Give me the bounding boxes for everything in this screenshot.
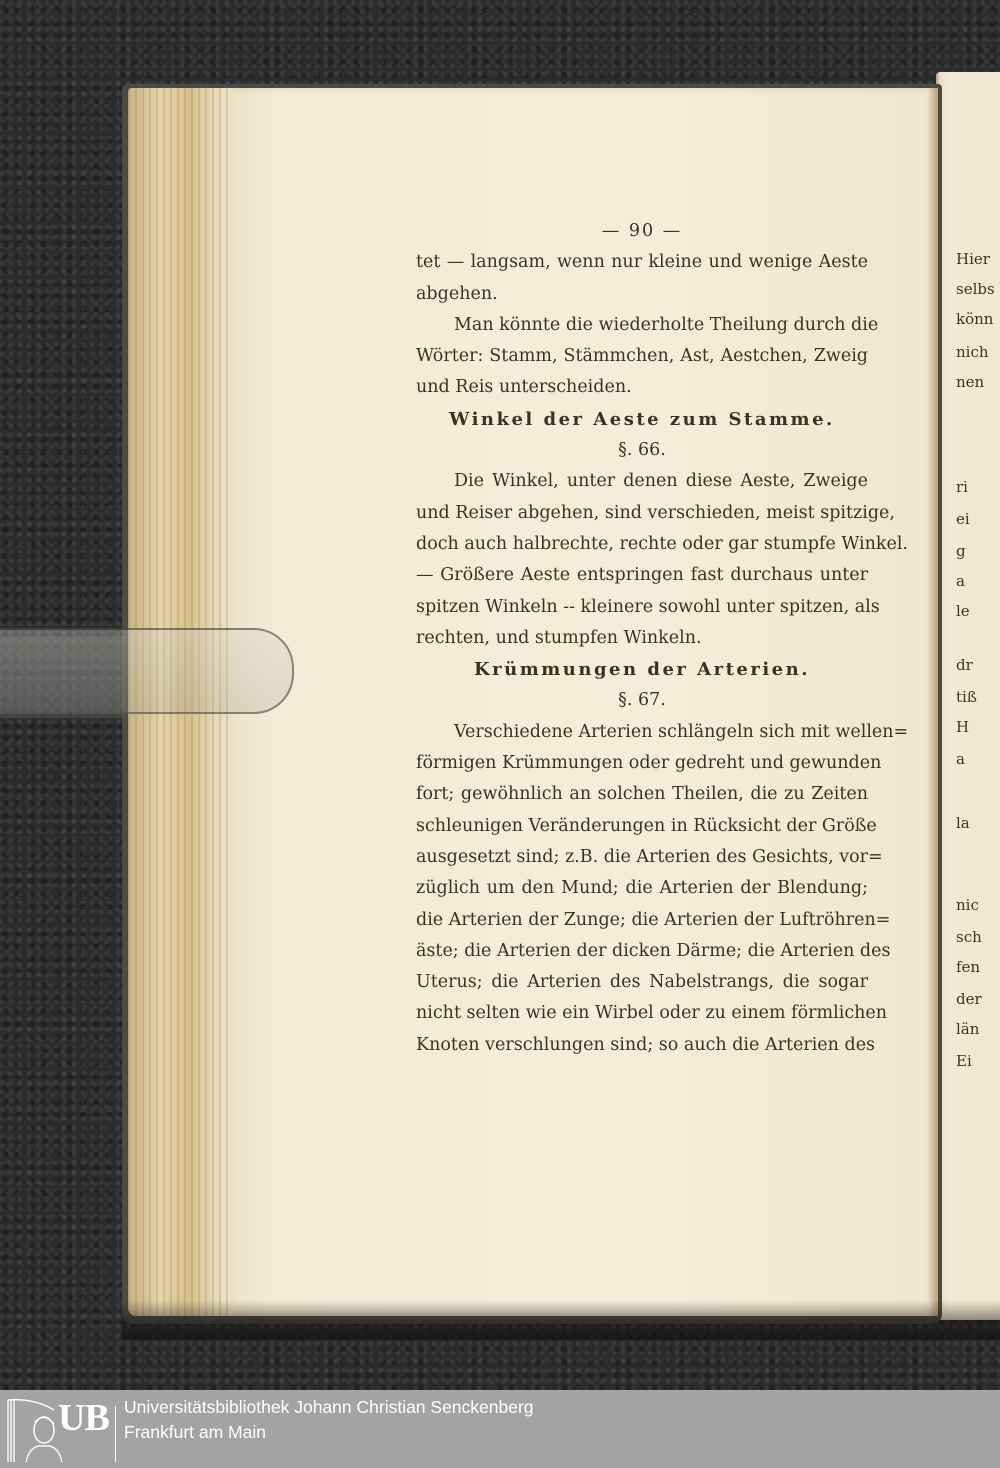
right-page-text-fragment: nen: [956, 373, 984, 391]
text-line: Verschiedene Arterien schlängeln sich mi…: [416, 717, 868, 748]
text-line: die Arterien der Zunge; die Arterien der…: [416, 905, 868, 936]
right-page-text-fragment: der: [956, 990, 982, 1008]
text-line: und Reis unterscheiden.: [416, 372, 868, 403]
text-line: abgehen.: [416, 279, 868, 310]
text-line: ausgesetzt sind; z.B. die Arterien des G…: [416, 842, 868, 873]
right-page-text-fragment: a: [956, 572, 965, 590]
right-page-text-fragment: könn: [956, 310, 993, 328]
right-page-text-fragment: le: [956, 602, 970, 620]
paragraph-number: §. 67.: [416, 685, 868, 716]
right-page-text-fragment: selbs: [956, 280, 995, 298]
right-page-text-fragment: la: [956, 814, 970, 832]
text-line: Die Winkel, unter denen diese Aeste, Zwe…: [416, 466, 868, 497]
footer-bar: UB Universitätsbibliothek Johann Christi…: [0, 1390, 1000, 1468]
right-page-text-fragment: a: [956, 750, 965, 768]
text-line: rechten, und stumpfen Winkeln.: [416, 623, 868, 654]
text-line: Man könnte die wiederholte Theilung durc…: [416, 310, 868, 341]
text-line: Uterus; die Arterien des Nabelstrangs, d…: [416, 967, 868, 998]
section-heading: Winkel der Aeste zum Stamme.: [416, 404, 868, 435]
text-line: doch auch halbrechte, rechte oder gar st…: [416, 529, 868, 560]
institution-name: Universitätsbibliothek Johann Christian …: [124, 1397, 534, 1418]
text-line: züglich um den Mund; die Arterien der Bl…: [416, 873, 868, 904]
right-page-text-fragment: Ei: [956, 1052, 972, 1070]
right-page-text-fragment: dr: [956, 656, 973, 674]
text-line: und Reiser abgehen, sind verschieden, me…: [416, 498, 868, 529]
text-line: spitzen Winkeln -- kleinere sowohl unter…: [416, 592, 868, 623]
paragraph-number: §. 66.: [416, 435, 868, 466]
text-line: Knoten verschlungen sind; so auch die Ar…: [416, 1030, 868, 1061]
right-page-edge: HierselbskönnnichnenrieigaledrtißHalanic…: [936, 72, 1000, 1320]
logo-ub-text: UB: [58, 1396, 109, 1440]
right-page-text-fragment: ei: [956, 510, 970, 528]
right-page-text-fragment: nic: [956, 896, 979, 914]
text-line: nicht selten wie ein Wirbel oder zu eine…: [416, 998, 868, 1029]
bottom-shadow: [122, 1300, 1000, 1340]
text-line: förmigen Krümmungen oder gedreht und gew…: [416, 748, 868, 779]
right-page-text-fragment: g: [956, 542, 966, 560]
right-page-text-fragment: fen: [956, 958, 980, 976]
right-page-text-fragment: län: [956, 1020, 979, 1038]
text-line: fort; gewöhnlich an solchen Theilen, die…: [416, 779, 868, 810]
text-line: Wörter: Stamm, Stämmchen, Ast, Aestchen,…: [416, 341, 868, 372]
footer-divider: [115, 1406, 116, 1462]
text-line: schleunigen Veränderungen in Rücksicht d…: [416, 811, 868, 842]
section-heading: Krümmungen der Arterien.: [416, 654, 868, 685]
institution-city: Frankfurt am Main: [124, 1422, 266, 1443]
text-line: tet — langsam, wenn nur kleine und wenig…: [416, 247, 868, 278]
right-page-text-fragment: tiß: [956, 688, 977, 706]
right-page-text-fragment: H: [956, 718, 969, 736]
text-line: äste; die Arterien der dicken Därme; die…: [416, 936, 868, 967]
acrylic-page-clip: [0, 628, 294, 714]
right-page-text-fragment: nich: [956, 343, 989, 361]
right-page-text-fragment: Hier: [956, 250, 990, 268]
page-number: — 90 —: [416, 216, 868, 247]
gutter-shadow: [928, 88, 938, 1316]
right-page-text-fragment: sch: [956, 928, 982, 946]
text-column: — 90 — tet — langsam, wenn nur kleine un…: [416, 216, 868, 1061]
right-page-text-fragment: ri: [956, 478, 968, 496]
text-line: — Größere Aeste entspringen fast durchau…: [416, 560, 868, 591]
